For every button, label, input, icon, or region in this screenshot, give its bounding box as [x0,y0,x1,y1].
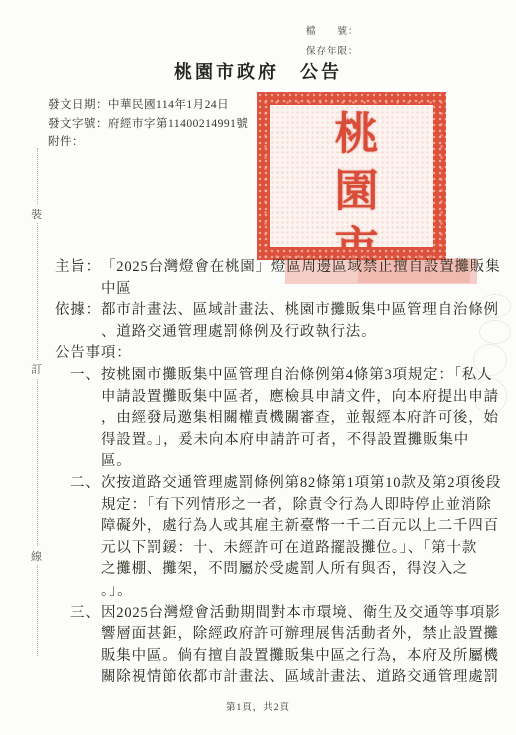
text-line: 中區 [101,279,500,301]
announcement-heading: 公告事項： [55,343,489,365]
text-line: 規定：「有下列情形之一者，除責令行為人即時停止並消除 [101,495,501,517]
issue-date-line: 發文日期：中華民國114年1月24日 [48,96,248,115]
text-line: 元以下罰鍰：十、未經許可在道路擺設攤位。」、「第十款 [101,538,501,560]
subject-field: 主旨： 「2025台灣燈會在桃園」燈區周邊區域禁止擅自設置攤販集 中區 [55,257,489,300]
text-line: 響層面甚鉅，除經政府許可辦理展售活動者外，禁止設置攤 [101,624,500,646]
text-line: 因2025台灣燈會活動期間對本市環境、衛生及交通等事項影 [101,603,500,625]
binding-char-xian: 線 [31,547,42,565]
binding-char-ding: 訂 [31,360,42,378]
item-2-text: 次按道路交通管理處罰條例第82條第1項第10款及第2項後段 規定：「有下列情形之… [101,473,501,603]
announcement-item-3: 三、 因2025台灣燈會活動期間對本市環境、衛生及交通等事項影 響層面甚鉅，除經… [70,603,489,689]
item-1-label: 一、 [70,365,101,473]
page-title: 桃園市政府 公告 [0,58,516,84]
file-number-label: 檔 號： [306,22,359,42]
subject-label: 主旨： [55,257,101,300]
text-line: 按桃園市攤販集中區管理自治條例第4條第3項規定：「私人 [101,365,499,387]
text-line: 、道路交通管理處罰條例及行政執行法。 [101,322,499,344]
page-number-footer: 第1頁，共2頁 [0,699,516,713]
seal-inner-face: 桃園市政府印 [270,105,433,247]
document-body: 主旨： 「2025台灣燈會在桃園」燈區周邊區域禁止擅自設置攤販集 中區 依據： … [55,257,489,689]
announcement-item-1: 一、 按桃園市攤販集中區管理自治條例第4條第3項規定：「私人 申請設置攤販集中區… [70,365,489,473]
subject-text: 「2025台灣燈會在桃園」燈區周邊區域禁止擅自設置攤販集 中區 [101,257,500,300]
text-line: 關除視情節依都市計畫法、區域計畫法、道路交通管理處罰 [101,667,500,689]
item-3-label: 三、 [70,603,101,689]
doc-number-line: 發文字號：府經市字第11400214991號 [48,115,248,134]
text-line: 販集中區。倘有擅自設置攤販集中區之行為，本府及所屬機 [101,646,500,668]
issuance-meta: 發文日期：中華民國114年1月24日 發文字號：府經市字第11400214991… [48,96,248,152]
basis-text: 都市計畫法、區域計畫法、桃園市攤販集中區管理自治條例 、道路交通管理處罰條例及行… [101,300,499,343]
text-line: ，由經發局邀集相關權責機關審查，並報經本府許可後，始 [101,408,499,430]
text-line: 。」。 [101,581,501,603]
text-line: 障礙外，處行為人或其雇主新臺幣一千二百元以上二千四百 [101,516,501,538]
text-line: 申請設置攤販集中區者，應檢具申請文件，向本府提出申請 [101,387,499,409]
item-1-text: 按桃園市攤販集中區管理自治條例第4條第3項規定：「私人 申請設置攤販集中區者，應… [101,365,499,473]
text-line: 之攤棚、攤架，不問屬於受處罰人所有與否，得沒入之 [101,559,501,581]
seal-text: 桃園市政府印 [326,105,378,247]
archival-labels: 檔 號： 保存年限： [306,22,359,62]
text-line: 都市計畫法、區域計畫法、桃園市攤販集中區管理自治條例 [101,300,499,322]
binding-line [37,148,38,656]
binding-char-zhuang: 裝 [31,205,42,223]
announcement-item-2: 二、 次按道路交通管理處罰條例第82條第1項第10款及第2項後段 規定：「有下列… [70,473,489,603]
official-seal-stamp: 桃園市政府印 [257,92,446,260]
item-3-text: 因2025台灣燈會活動期間對本市環境、衛生及交通等事項影 響層面甚鉅，除經政府許… [101,603,500,689]
text-line: 得設置。」，爰未向本府申請許可者，不得設置攤販集中 [101,430,499,452]
attachment-line: 附件： [48,133,248,152]
text-line: 「2025台灣燈會在桃園」燈區周邊區域禁止擅自設置攤販集 [101,257,500,279]
text-line: 次按道路交通管理處罰條例第82條第1項第10款及第2項後段 [101,473,501,495]
basis-label: 依據： [55,300,101,343]
text-line: 區。 [101,451,499,473]
basis-field: 依據： 都市計畫法、區域計畫法、桃園市攤販集中區管理自治條例 、道路交通管理處罰… [55,300,489,343]
document-page: 檔 號： 保存年限： 桃園市政府 公告 發文日期：中華民國114年1月24日 發… [0,0,516,735]
item-2-label: 二、 [70,473,101,603]
